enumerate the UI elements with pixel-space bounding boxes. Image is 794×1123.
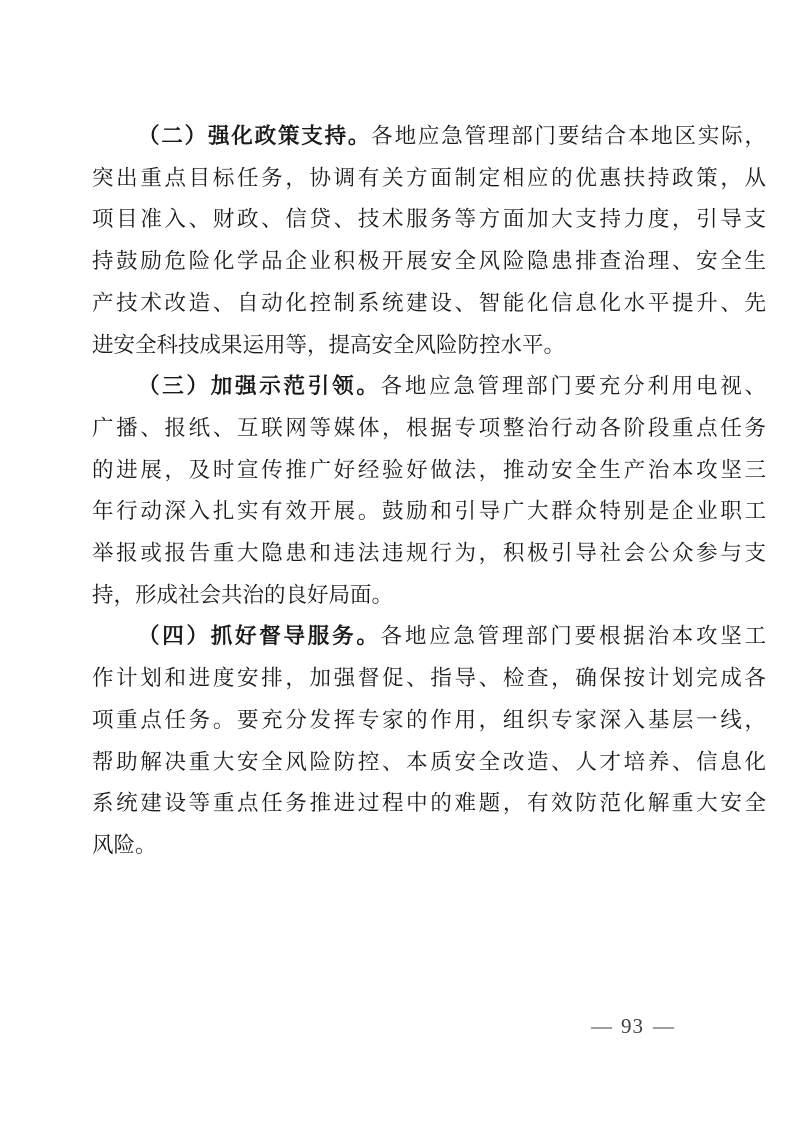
- paragraph-line: 产技术改造、自动化控制系统建设、智能化信息化水平提升、先: [92, 283, 766, 325]
- paragraph-line: 作计划和进度安排，加强督促、指导、检查，确保按计划完成各: [92, 658, 766, 700]
- paragraph-line: 广播、报纸、互联网等媒体，根据专项整治行动各阶段重点任务: [92, 408, 766, 450]
- document-body: （二）强化政策支持。各地应急管理部门要结合本地区实际， 突出重点目标任务，协调有…: [92, 116, 766, 867]
- paragraph-line: 项目准入、财政、信贷、技术服务等方面加大支持力度，引导支: [92, 199, 766, 241]
- footer-dash-left: —: [591, 1014, 612, 1038]
- paragraph-line: 系统建设等重点任务推进过程中的难题，有效防范化解重大安全: [92, 783, 766, 825]
- paragraph-heading: （二）强化政策支持。: [138, 124, 371, 148]
- paragraph-line: 持，形成社会共治的良好局面。: [92, 575, 766, 617]
- paragraph-text: 各地应急管理部门要根据治本攻坚工: [381, 624, 766, 648]
- paragraph-heading: （三）加强示范引领。: [138, 374, 381, 398]
- paragraph-line: 风险。: [92, 825, 766, 867]
- paragraph-text: 各地应急管理部门要充分利用电视、: [381, 374, 766, 398]
- document-page: （二）强化政策支持。各地应急管理部门要结合本地区实际， 突出重点目标任务，协调有…: [0, 0, 794, 1123]
- paragraph-3: （三）加强示范引领。各地应急管理部门要充分利用电视、 广播、报纸、互联网等媒体，…: [92, 366, 766, 616]
- paragraph-line: 的进展，及时宣传推广好经验好做法，推动安全生产治本攻坚三: [92, 450, 766, 492]
- paragraph-line: （三）加强示范引领。各地应急管理部门要充分利用电视、: [92, 366, 766, 408]
- paragraph-line: 举报或报告重大隐患和违法违规行为，积极引导社会公众参与支: [92, 533, 766, 575]
- paragraph-line: 项重点任务。要充分发挥专家的作用，组织专家深入基层一线，: [92, 700, 766, 742]
- paragraph-line: 突出重点目标任务，协调有关方面制定相应的优惠扶持政策，从: [92, 158, 766, 200]
- paragraph-heading: （四）抓好督导服务。: [138, 624, 381, 648]
- paragraph-line: 持鼓励危险化学品企业积极开展安全风险隐患排查治理、安全生: [92, 241, 766, 283]
- paragraph-text: 各地应急管理部门要结合本地区实际，: [371, 124, 766, 148]
- footer-page-number: 93: [621, 1014, 644, 1038]
- paragraph-line: （二）强化政策支持。各地应急管理部门要结合本地区实际，: [92, 116, 766, 158]
- paragraph-line: 帮助解决重大安全风险防控、本质安全改造、人才培养、信息化: [92, 742, 766, 784]
- page-footer: —93—: [591, 1014, 674, 1038]
- paragraph-2: （二）强化政策支持。各地应急管理部门要结合本地区实际， 突出重点目标任务，协调有…: [92, 116, 766, 366]
- paragraph-line: （四）抓好督导服务。各地应急管理部门要根据治本攻坚工: [92, 616, 766, 658]
- paragraph-line: 进安全科技成果运用等，提高安全风险防控水平。: [92, 325, 766, 367]
- paragraph-4: （四）抓好督导服务。各地应急管理部门要根据治本攻坚工 作计划和进度安排，加强督促…: [92, 616, 766, 866]
- paragraph-line: 年行动深入扎实有效开展。鼓励和引导广大群众特别是企业职工: [92, 491, 766, 533]
- footer-dash-right: —: [653, 1014, 674, 1038]
